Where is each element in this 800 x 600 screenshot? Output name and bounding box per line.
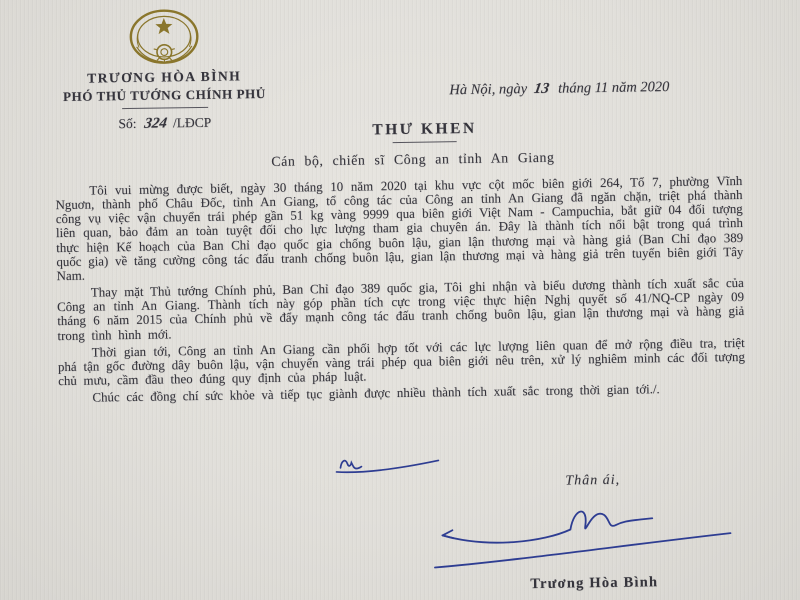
letterhead: TRƯƠNG HÒA BÌNH PHÓ THỦ TƯỚNG CHÍNH PHỦ … (46, 6, 283, 134)
blue-ink-initial-icon (332, 451, 444, 479)
letter-body: Tôi vui mừng được biết, ngày 30 tháng 10… (55, 174, 745, 409)
sender-name: TRƯƠNG HÒA BÌNH (47, 68, 282, 87)
salutation: Cán bộ, chiến sĩ Công an tỉnh An Giang (28, 146, 798, 173)
dateline-prefix: Hà Nội, ngày (449, 81, 527, 98)
letter-title-rule (393, 141, 457, 143)
letter-page: TRƯƠNG HÒA BÌNH PHÓ THỦ TƯỚNG CHÍNH PHỦ … (0, 0, 800, 600)
emblem-star (155, 18, 172, 34)
paragraph: Thời gian tới, Công an tỉnh An Giang cần… (58, 336, 746, 389)
vietnam-national-emblem-icon (114, 7, 213, 68)
paragraph: Thay mặt Thủ tướng Chính phủ, Ban Chỉ đạ… (57, 276, 745, 343)
letterhead-rule (122, 107, 208, 109)
signer-name: Trương Hòa Bình (444, 573, 744, 594)
dateline: Hà Nội, ngày13tháng 11 năm 2020 (392, 78, 727, 100)
sender-title: PHÓ THỦ TƯỚNG CHÍNH PHỦ (47, 86, 282, 105)
letter-photo: TRƯƠNG HÒA BÌNH PHÓ THỦ TƯỚNG CHÍNH PHỦ … (0, 0, 800, 600)
dateline-rest: tháng 11 năm 2020 (558, 79, 670, 97)
dateline-day-handwritten: 13 (533, 81, 551, 98)
paragraph: Tôi vui mừng được biết, ngày 30 tháng 10… (55, 174, 743, 283)
handwritten-signature-icon (428, 487, 739, 574)
